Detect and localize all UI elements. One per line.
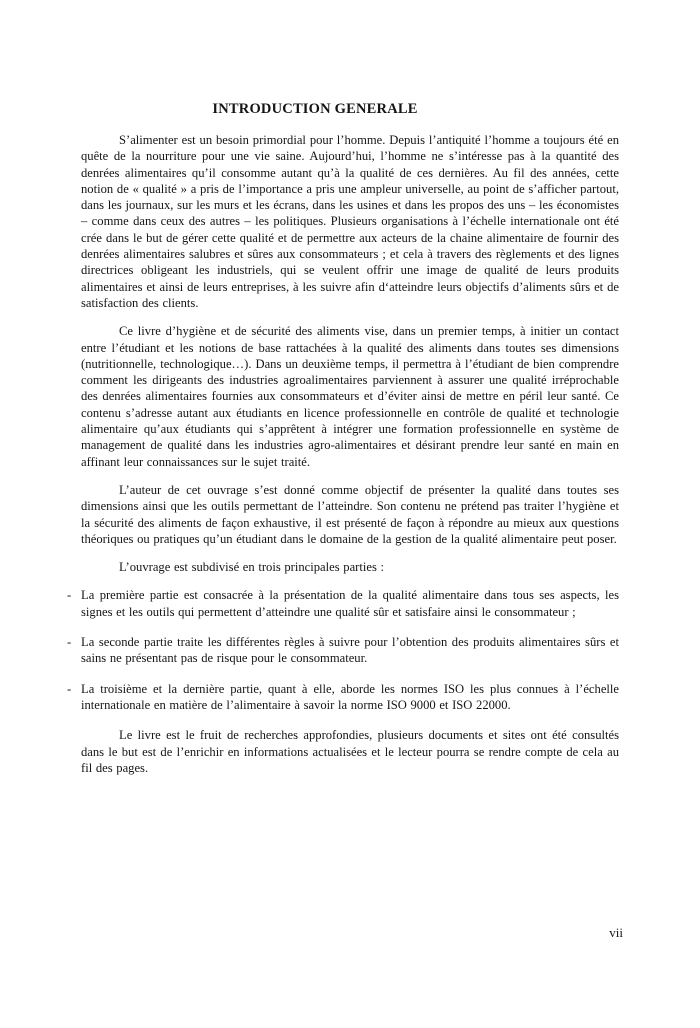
paragraph-list-intro: L’ouvrage est subdivisé en trois princip… [81,559,619,575]
parts-list: - La première partie est consacrée à la … [81,587,619,713]
list-item-text: La troisième et la dernière partie, quan… [81,682,619,712]
page-number: vii [609,925,623,941]
dash-marker: - [67,681,71,697]
list-item-text: La seconde partie traite les différentes… [81,635,619,665]
dash-marker: - [67,634,71,650]
list-item-part-2: - La seconde partie traite les différent… [81,634,619,667]
list-item-part-3: - La troisième et la dernière partie, qu… [81,681,619,714]
list-item-part-1: - La première partie est consacrée à la … [81,587,619,620]
paragraph-author-objective: L’auteur de cet ouvrage s’est donné comm… [81,482,619,547]
list-item-text: La première partie est consacrée à la pr… [81,588,619,618]
text-block: INTRODUCTION GENERALE S’alimenter est un… [81,101,619,788]
scanned-document-page: INTRODUCTION GENERALE S’alimenter est un… [0,0,700,1028]
page-title: INTRODUCTION GENERALE [81,101,549,118]
dash-marker: - [67,587,71,603]
paragraph-closing: Le livre est le fruit de recherches appr… [81,727,619,776]
paragraph-book-purpose: Ce livre d’hygiène et de sécurité des al… [81,323,619,470]
paragraph-intro-food: S’alimenter est un besoin primordial pou… [81,132,619,311]
